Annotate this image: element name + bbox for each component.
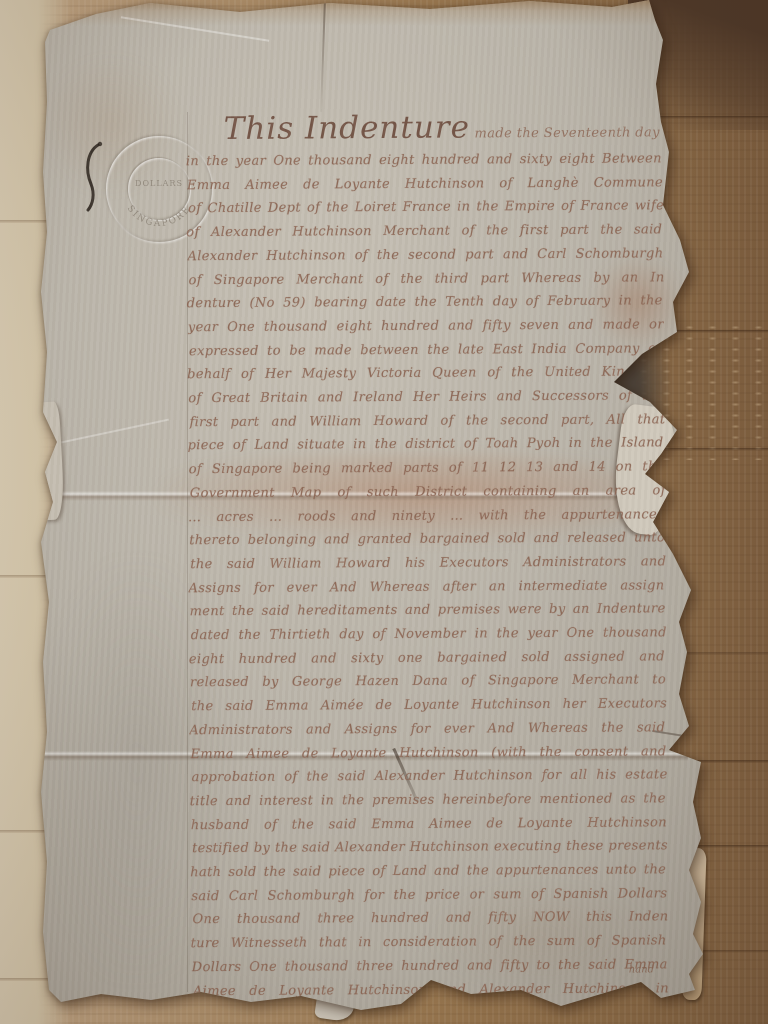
document-line-16: … acres … roods and ninety … with the ap… (188, 507, 664, 530)
document-line-32: said Carl Schomburgh for the price or su… (191, 886, 667, 909)
document-line-13: piece of Land situate in the district of… (188, 436, 664, 459)
document-line-29: husband of the said Emma Aimee de Loyant… (191, 815, 667, 838)
document-heading: This Indenture made the Seventeenth day … (224, 108, 660, 147)
stain-top-right (590, 255, 685, 350)
document-line-12: first part and William Howard of the sec… (189, 412, 665, 435)
document-line-34: ture Witnesseth that in consideration of… (191, 933, 667, 956)
document-line-9: expressed to be made between the late Ea… (189, 341, 665, 364)
document-line-23: released by George Hazen Dana of Singapo… (190, 673, 666, 696)
document-line-20: ment the said hereditaments and premises… (190, 602, 666, 625)
document-lines: in the year One thousand eight hundred a… (0, 0, 765, 2)
tear-right-edge (652, 730, 704, 740)
document-line-21: dated the Thirtieth day of November in t… (191, 625, 667, 648)
stain-bottom-left (42, 560, 232, 980)
document-line-31: hath sold the said piece of Land and the… (190, 862, 666, 885)
document-line-8: year One thousand eight hundred and fift… (188, 317, 664, 340)
document-line-5: Alexander Hutchinson of the second part … (187, 246, 663, 269)
catchword: hand (629, 964, 654, 975)
tear-at-fold (392, 748, 418, 802)
document-paper: SINGAPORE DOLLARS This Indenture made th… (0, 0, 768, 1024)
light-crease (61, 419, 169, 444)
svg-text:SINGAPORE: SINGAPORE (125, 204, 194, 229)
embossed-seal-inner-ring (128, 158, 190, 220)
document-line-27: approbation of the said Alexander Hutchi… (192, 767, 668, 790)
top-edge-crack (320, 0, 326, 112)
light-crease (121, 16, 269, 41)
seal-center-text: DOLLARS (135, 179, 183, 188)
document-line-35: Dollars One thousand three hundred and f… (192, 957, 668, 980)
document-line-1: in the year One thousand eight hundred a… (186, 151, 662, 174)
document-line-26: Emma Aimee de Loyante Hutchinson (with t… (190, 744, 666, 767)
document-line-7: denture (No 59) bearing date the Tenth d… (187, 293, 663, 316)
document-line-11: of Great Britain and Ireland Her Heirs a… (188, 388, 664, 411)
heading-rest: made the Seventeenth day of April (470, 125, 717, 142)
fold-stain-band (160, 452, 640, 544)
document-line-36: Aimee de Loyante Hutchinson and Alexande… (193, 981, 669, 1004)
document-line-17: thereto belonging and granted bargained … (189, 530, 665, 553)
photo: SINGAPORE DOLLARS This Indenture made th… (0, 0, 768, 1024)
document-line-22: eight hundred and sixty one bargained so… (189, 649, 665, 672)
stain-top-left (46, 50, 176, 200)
heading-script: This Indenture (224, 109, 470, 147)
ink-mark (82, 140, 106, 214)
document-line-25: Administrators and Assigns for ever And … (189, 720, 665, 743)
horizontal-fold-crease-2 (40, 751, 688, 761)
document-line-14: of Singapore being marked parts of 11 12… (189, 459, 665, 482)
seal-rim-text: SINGAPORE (125, 204, 194, 229)
document-line-15: Government Map of such District containi… (190, 483, 666, 506)
embossed-seal-icon (106, 136, 212, 242)
document-line-28: title and interest in the premises herei… (190, 791, 666, 814)
folded-torn-flap (608, 403, 681, 537)
document-line-18: the said William Howard his Executors Ad… (190, 554, 666, 577)
ruled-margin-line (187, 112, 188, 992)
document-line-30: testified by the said Alexander Hutchins… (192, 839, 668, 862)
document-line-3: of Chatille Dept of the Loiret France in… (188, 199, 664, 222)
document-line-4: of Alexander Hutchinson Merchant of the … (186, 222, 662, 245)
paper-shadow-wrap: SINGAPORE DOLLARS This Indenture made th… (0, 0, 768, 1024)
document-line-6: of Singapore Merchant of the third part … (189, 270, 665, 293)
handwritten-text: This Indenture made the Seventeenth day … (0, 0, 768, 1024)
left-edge-damage (33, 401, 65, 520)
document-line-2: Emma Aimee de Loyante Hutchinson of Lang… (187, 175, 663, 198)
stain-bottom-right (430, 880, 650, 990)
document-line-33: One thousand three hundred and fifty NOW… (192, 910, 668, 933)
document-line-10: behalf of Her Majesty Victoria Queen of … (187, 365, 663, 388)
document-line-24: the said Emma Aimée de Loyante Hutchinso… (191, 696, 667, 719)
horizontal-fold-crease-1 (40, 491, 688, 501)
document-line-19: Assigns for ever And Whereas after an in… (188, 578, 664, 601)
embossed-seal-text: SINGAPORE DOLLARS (104, 134, 214, 244)
